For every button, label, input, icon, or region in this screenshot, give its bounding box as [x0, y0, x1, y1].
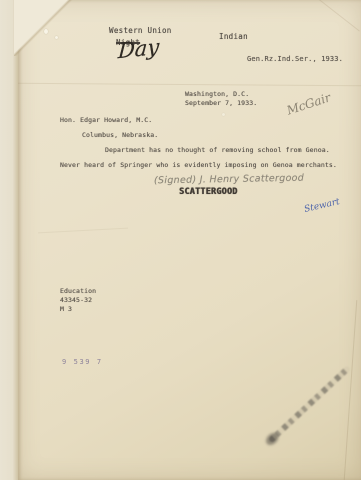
pencil-initials-annotation: McGair: [285, 90, 332, 117]
document-scan: Western Union Night Day Indian Gen.Rz.In…: [0, 0, 361, 480]
paper-flaw: [55, 36, 58, 39]
paper-crease: [296, 0, 360, 32]
carrier-name: Western Union: [109, 27, 172, 35]
paper-flaw: [44, 29, 48, 34]
ink-name-annotation: Stewart: [303, 197, 340, 215]
telegram-page: Western Union Night Day Indian Gen.Rz.In…: [18, 0, 361, 480]
file-reference: Gen.Rz.Ind.Ser., 1933.: [247, 56, 343, 63]
paper-crease: [18, 83, 361, 86]
message-line-1: Department has no thought of removing sc…: [105, 147, 330, 154]
dateline-place: Washington, D.C.: [185, 91, 249, 98]
corner-fold: [14, 0, 84, 56]
paper-crease: [38, 228, 128, 234]
file-number: 43345-32: [60, 297, 92, 304]
recipient-city: Columbus, Nebraska.: [82, 132, 158, 139]
message-line-2: Never heard of Springer who is evidently…: [60, 162, 337, 169]
recipient-name: Hon. Edgar Howard, M.C.: [60, 117, 152, 124]
dateline-date: September 7, 1933.: [185, 100, 257, 107]
paper-edge: [0, 0, 18, 480]
file-category: Education: [60, 288, 96, 295]
paper-flaw: [222, 113, 225, 116]
department-label: Indian: [219, 33, 248, 41]
signed-line: (Signed) J. Henry Scattergood: [154, 173, 304, 187]
number-stamp: 9 539 7: [62, 358, 103, 366]
illegible-diagonal-stamp: [268, 365, 351, 443]
signature-typed-name: SCATTERGOOD: [179, 188, 238, 197]
paper-crease: [344, 300, 358, 480]
file-code: M 3: [60, 306, 72, 313]
service-class-handwritten: Day: [117, 35, 160, 64]
